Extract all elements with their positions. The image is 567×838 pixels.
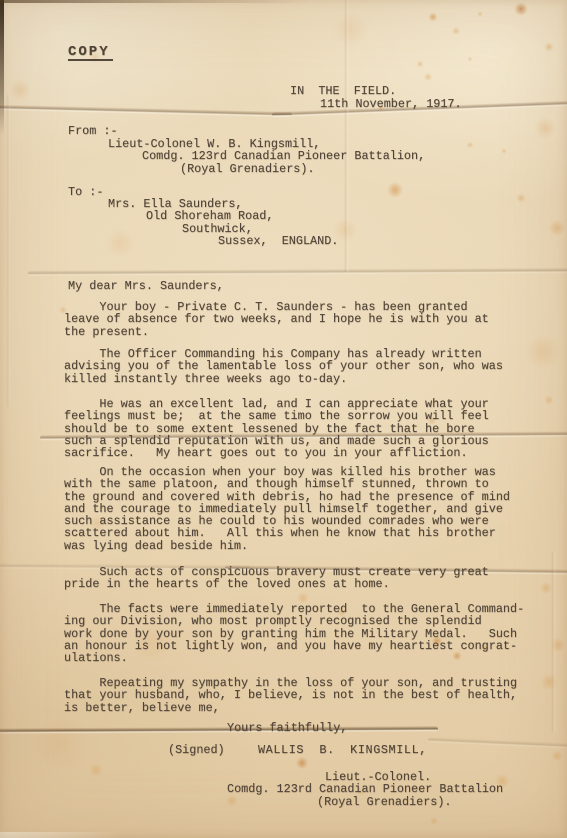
signature-name: WALLIS B. KINGSMILL, — [258, 744, 427, 756]
body-paragraph-7: Repeating my sympathy in the loss of you… — [64, 677, 517, 714]
body-paragraph-4: On the occasion when your boy was killed… — [64, 466, 510, 552]
salutation: My dear Mrs. Saunders, — [68, 280, 224, 292]
fold-crease-vertical-left — [6, 95, 11, 407]
paper-edge-shadow-top — [0, 0, 310, 3]
fold-crease-vertical-right — [551, 552, 556, 732]
body-paragraph-5: Such acts of conspicuous bravery must cr… — [64, 566, 489, 591]
closing-valediction: Yours faithfully, — [227, 722, 347, 734]
letter-page: COPY IN THE FIELD. 11th November, 1917. … — [0, 0, 567, 838]
fold-crease-vertical-center — [344, 0, 349, 272]
signed-label: (Signed) — [168, 744, 225, 756]
paper-edge-shadow-left — [0, 0, 4, 135]
from-line-regiment: (Royal Grenadiers). — [180, 163, 315, 175]
body-paragraph-2: The Officer Commanding his Company has a… — [64, 348, 503, 385]
from-line-unit: Comdg. 123rd Canadian Pioneer Battalion, — [142, 150, 425, 162]
to-line-county: Sussex, ENGLAND. — [218, 235, 338, 247]
fold-crease-bottom-right — [428, 737, 567, 749]
dateline-place: IN THE FIELD. — [290, 85, 396, 97]
from-label: From :- — [68, 125, 118, 137]
fold-crease-bottom — [0, 726, 438, 734]
to-line-street: Old Shoreham Road, — [146, 210, 273, 222]
copy-stamp: COPY — [68, 46, 113, 61]
body-paragraph-1: Your boy - Private C. T. Saunders - has … — [64, 301, 489, 338]
signature-unit-line1: Comdg. 123rd Canadian Pioneer Battalion — [227, 783, 503, 795]
body-paragraph-6: The facts were immediately reported to t… — [64, 603, 524, 664]
paper-edge-bottom — [0, 832, 120, 838]
fold-crease-upper — [28, 268, 567, 277]
to-label: To :- — [68, 186, 103, 198]
body-paragraph-3: He was an excellent lad, and I can appre… — [64, 398, 489, 459]
fold-crease-top-left — [0, 104, 292, 117]
signature-unit-line2: (Royal Grenadiers). — [317, 796, 452, 808]
dateline-date: 11th November, 1917. — [320, 98, 462, 110]
